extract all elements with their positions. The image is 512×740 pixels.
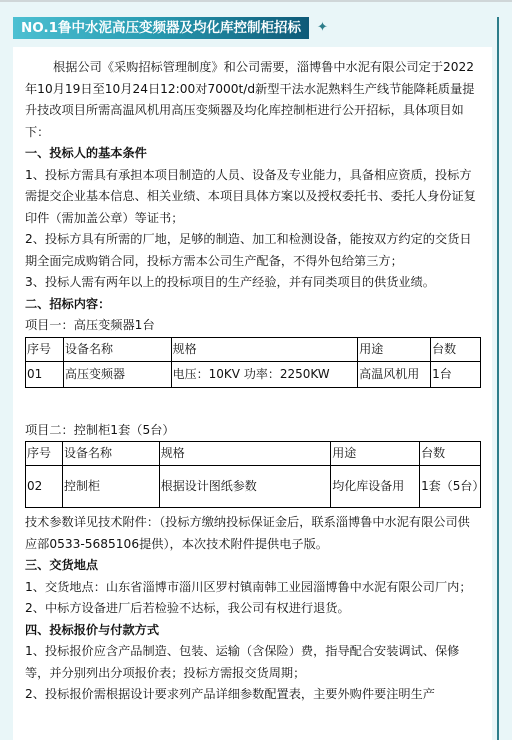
section-heading: 二、招标内容： <box>25 294 480 316</box>
paragraph: 1、投标报价应含产品制造、包装、运输（含保险）费，指导配合安装调试、保修等，并分… <box>25 641 480 684</box>
table-cell: 高压变频器 <box>63 361 171 387</box>
table-cell: 1台 <box>431 361 481 387</box>
project-label: 项目二：控制柜1套（5台） <box>25 420 480 442</box>
table-cell: 高温风机用 <box>358 361 431 387</box>
project2-table: 序号 设备名称 规格 用途 台数 02 控制柜 根据设计图纸参数 均化库设备用 … <box>25 441 481 508</box>
paragraph: 1、交货地点：山东省淄博市淄川区罗村镇南韩工业园淄博鲁中水泥有限公司厂内； <box>25 577 480 599</box>
sparkle-icon: ✦ <box>317 17 328 39</box>
page-title: NO.1鲁中水泥高压变频器及均化库控制柜招标 <box>13 17 309 39</box>
intro-paragraph: 根据公司《采购招标管理制度》和公司需要，淄博鲁中水泥有限公司定于2022年10月… <box>25 57 480 143</box>
paragraph: 3、投标人需有两年以上的投标项目的生产经验，并有同类项目的供货业绩。 <box>25 272 480 294</box>
table-header-cell: 规格 <box>171 337 358 361</box>
table-row: 02 控制柜 根据设计图纸参数 均化库设备用 1套（5台） <box>26 466 481 508</box>
table-header-cell: 设备名称 <box>62 442 159 466</box>
document-body: 根据公司《采购招标管理制度》和公司需要，淄博鲁中水泥有限公司定于2022年10月… <box>13 47 492 740</box>
paragraph: 2、投标报价需根据设计要求列产品详细参数配置表，主要外购件要注明生产 <box>25 684 480 706</box>
right-border-line <box>497 17 499 740</box>
table-header-cell: 设备名称 <box>63 337 171 361</box>
table-header-cell: 序号 <box>26 337 64 361</box>
paragraph: 1、投标方需具有承担本项目制造的人员、设备及专业能力，具备相应资质，投标方需提交… <box>25 165 480 230</box>
project1-table: 序号 设备名称 规格 用途 台数 01 高压变频器 电压：10KV 功率：225… <box>25 337 481 388</box>
paragraph: 2、投标方具有所需的厂地，足够的制造、加工和检测设备，能按双方约定的交货日期全面… <box>25 229 480 272</box>
section-header: NO.1鲁中水泥高压变频器及均化库控制柜招标 ✦ <box>13 17 328 39</box>
section-heading: 一、投标人的基本条件 <box>25 143 480 165</box>
table-cell: 根据设计图纸参数 <box>159 466 331 508</box>
project-label: 项目一：高压变频器1台 <box>25 315 480 337</box>
tech-attachment-note: 技术参数详见技术附件：（投标方缴纳投标保证金后，联系淄博鲁中水泥有限公司供应部0… <box>25 512 480 555</box>
table-header-row: 序号 设备名称 规格 用途 台数 <box>26 442 481 466</box>
section-heading: 三、交货地点 <box>25 555 480 577</box>
table-cell: 电压：10KV 功率：2250KW <box>171 361 358 387</box>
table-header-row: 序号 设备名称 规格 用途 台数 <box>26 337 481 361</box>
table-header-cell: 规格 <box>159 442 331 466</box>
table-row: 01 高压变频器 电压：10KV 功率：2250KW 高温风机用 1台 <box>26 361 481 387</box>
table-cell: 02 <box>26 466 63 508</box>
table-header-cell: 用途 <box>331 442 420 466</box>
table-header-cell: 序号 <box>26 442 63 466</box>
paragraph: 2、中标方设备进厂后若检验不达标，我公司有权进行退货。 <box>25 598 480 620</box>
section-heading: 四、投标报价与付款方式 <box>25 620 480 642</box>
table-header-cell: 台数 <box>431 337 481 361</box>
table-cell: 控制柜 <box>62 466 159 508</box>
table-header-cell: 用途 <box>358 337 431 361</box>
table-cell: 均化库设备用 <box>331 466 420 508</box>
table-cell: 1套（5台） <box>420 466 481 508</box>
table-header-cell: 台数 <box>420 442 481 466</box>
table-cell: 01 <box>26 361 64 387</box>
